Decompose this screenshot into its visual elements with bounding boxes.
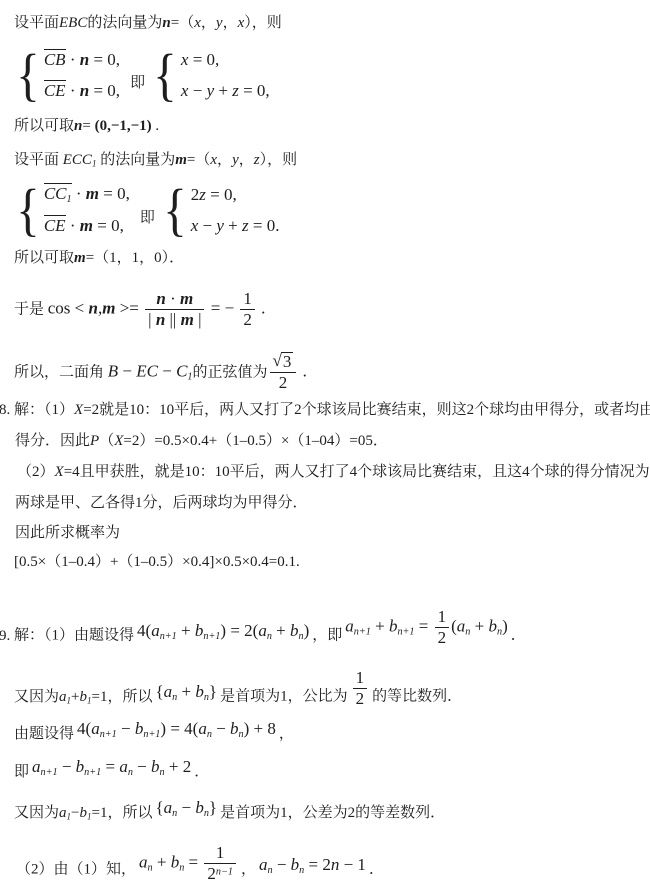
equation-cb-dot-n: CB · n = 0, bbox=[44, 49, 120, 71]
p9-line-5-end: 是首项为1，公差为2的等差数列． bbox=[220, 805, 445, 821]
s7-set-normal-vector-m-line: 设平面 ECC1 的法向量为m=（x，y，z），则 bbox=[14, 150, 297, 175]
that-is-label: 即 bbox=[140, 206, 155, 227]
problem-number: 9. bbox=[0, 626, 14, 647]
system-right-column: 2z = 0, x − y + z = 0. bbox=[191, 184, 280, 237]
s7-equation-system-1: { CB · n = 0, CE · n = 0, 即 { x = 0, x −… bbox=[14, 46, 270, 104]
p9-line-6: （2）由（1）知，an + bn = 12n−1，an − bn = 2n − … bbox=[16, 844, 384, 884]
p9-line-2-lead: 又因为a1+b1=1，所以 bbox=[14, 689, 152, 705]
p9-line-3-end: ， bbox=[279, 726, 294, 742]
p9-sequence-diff-braces: {an − bn} bbox=[155, 797, 217, 824]
left-brace: { bbox=[163, 181, 187, 239]
that-is-label: 即 bbox=[130, 71, 145, 92]
s7-dihedral-sine-line: 所以，二面角 B − EC − C1的正弦值为√32 . bbox=[14, 352, 307, 393]
s7-set-normal-vector-n-line: 设平面EBC的法向量为n=（x，y，x），则 bbox=[14, 13, 282, 34]
left-brace: { bbox=[16, 181, 40, 239]
p9-sum-formula: an + bn = 12n−1 bbox=[139, 844, 238, 884]
p9-line-6-mid: ， bbox=[241, 862, 256, 878]
left-brace: { bbox=[153, 46, 177, 104]
equation-ce-dot-n: CE · n = 0, bbox=[44, 80, 120, 102]
p8-line-1: 8.解：（1）X=2就是10：10平后，两人又打了2个球该局比赛结束，则这2个球… bbox=[0, 400, 650, 421]
p9-diff-formula: an − bn = 2n − 1 bbox=[259, 854, 366, 881]
system-right-column: x = 0, x − y + z = 0, bbox=[181, 49, 270, 102]
p8-line-5: 因此所求概率为 bbox=[15, 523, 120, 544]
p9-line-2-mid: 是首项为1，公比为 bbox=[220, 689, 348, 705]
p9-sum-half-eq: an+1 + bn+1 = 12(an + bn) bbox=[345, 608, 507, 648]
equation-xyz-zero: x − y + z = 0. bbox=[191, 215, 280, 237]
equation-xyz-zero: x − y + z = 0, bbox=[181, 80, 270, 102]
p8-line-3: （2）X=4且甲获胜，就是10：10平后，两人又打了4个球该局比赛结束，且这4个… bbox=[17, 462, 650, 483]
p9-line-3: 由题设得4(an+1 − bn+1) = 4(an − bn) + 8， bbox=[14, 718, 294, 745]
left-brace: { bbox=[16, 46, 40, 104]
equation-2z-zero: 2z = 0, bbox=[191, 184, 280, 206]
p9-recurrence-diff-eq: 4(an+1 − bn+1) = 4(an − bn) + 8 bbox=[77, 718, 276, 745]
s7-take-m-line: 所以可取m=（1，1，0）． bbox=[14, 248, 184, 269]
p9-line-5-lead: 又因为a1−b1=1，所以 bbox=[14, 805, 152, 821]
p9-sequence-sum-braces: {an + bn} bbox=[155, 681, 217, 708]
p9-line-4-end: ． bbox=[194, 764, 209, 780]
p9-line-6-lead: （2）由（1）知， bbox=[16, 862, 136, 878]
p9-ratio-one-half: 12 bbox=[351, 669, 370, 709]
p8-line-4: 两球是甲、乙各得1分，后两球均为甲得分． bbox=[15, 493, 308, 514]
p9-line-1-end: ． bbox=[511, 628, 526, 644]
p9-line-3-lead: 由题设得 bbox=[14, 726, 74, 742]
s7-take-n-line: 所以可取n= (0,−1,−1) . bbox=[14, 116, 159, 137]
p9-line-2-end: 的等比数列． bbox=[372, 689, 462, 705]
p9-line-4: 即an+1 − bn+1 = an − bn + 2． bbox=[14, 756, 209, 783]
p9-line-4-lead: 即 bbox=[14, 764, 29, 780]
p9-recurrence-sum-eq: 4(an+1 + bn+1) = 2(an + bn) bbox=[137, 620, 309, 647]
system-left-column: CC1 · m = 0, CE · m = 0, bbox=[44, 183, 130, 236]
p9-line-1-mid: ，即 bbox=[312, 628, 342, 644]
equation-x-zero: x = 0, bbox=[181, 49, 270, 71]
s7-equation-system-2: { CC1 · m = 0, CE · m = 0, 即 { 2z = 0, x… bbox=[14, 181, 279, 239]
p9-diff-plus-two-eq: an+1 − bn+1 = an − bn + 2 bbox=[32, 756, 191, 783]
equation-cc1-dot-m: CC1 · m = 0, bbox=[44, 183, 130, 205]
problem-number: 8. bbox=[0, 400, 14, 421]
equation-ce-dot-m: CE · m = 0, bbox=[44, 215, 130, 237]
system-left-column: CB · n = 0, CE · n = 0, bbox=[44, 49, 120, 102]
p9-line-6-end: ． bbox=[369, 862, 384, 878]
p9-line-1-lead: 解：（1）由题设得 bbox=[14, 628, 134, 644]
p8-line-6: [0.5×（1–0.4）+（1–0.5）×0.4]×0.5×0.4=0.1. bbox=[14, 552, 300, 573]
s7-cosine-line: 于是 cos < n,m >= n · m| n || m | = − 12 . bbox=[14, 290, 265, 330]
p8-line-2: 得分．因此P（X=2）=0.5×0.4+（1–0.5）×（1–04）=05． bbox=[15, 431, 388, 452]
p9-line-1: 9.解：（1）由题设得4(an+1 + bn+1) = 2(an + bn)，即… bbox=[0, 608, 526, 648]
p9-line-2: 又因为a1+b1=1，所以{an + bn}是首项为1，公比为12的等比数列． bbox=[14, 669, 462, 711]
math-solution-document: 设平面EBC的法向量为n=（x，y，x），则 { CB · n = 0, CE … bbox=[0, 0, 650, 895]
p9-line-5: 又因为a1−b1=1，所以{an − bn}是首项为1，公差为2的等差数列． bbox=[14, 797, 445, 828]
p8-line-1-text: 解：（1）X=2就是10：10平后，两人又打了2个球该局比赛结束，则这2个球均由… bbox=[14, 402, 650, 418]
